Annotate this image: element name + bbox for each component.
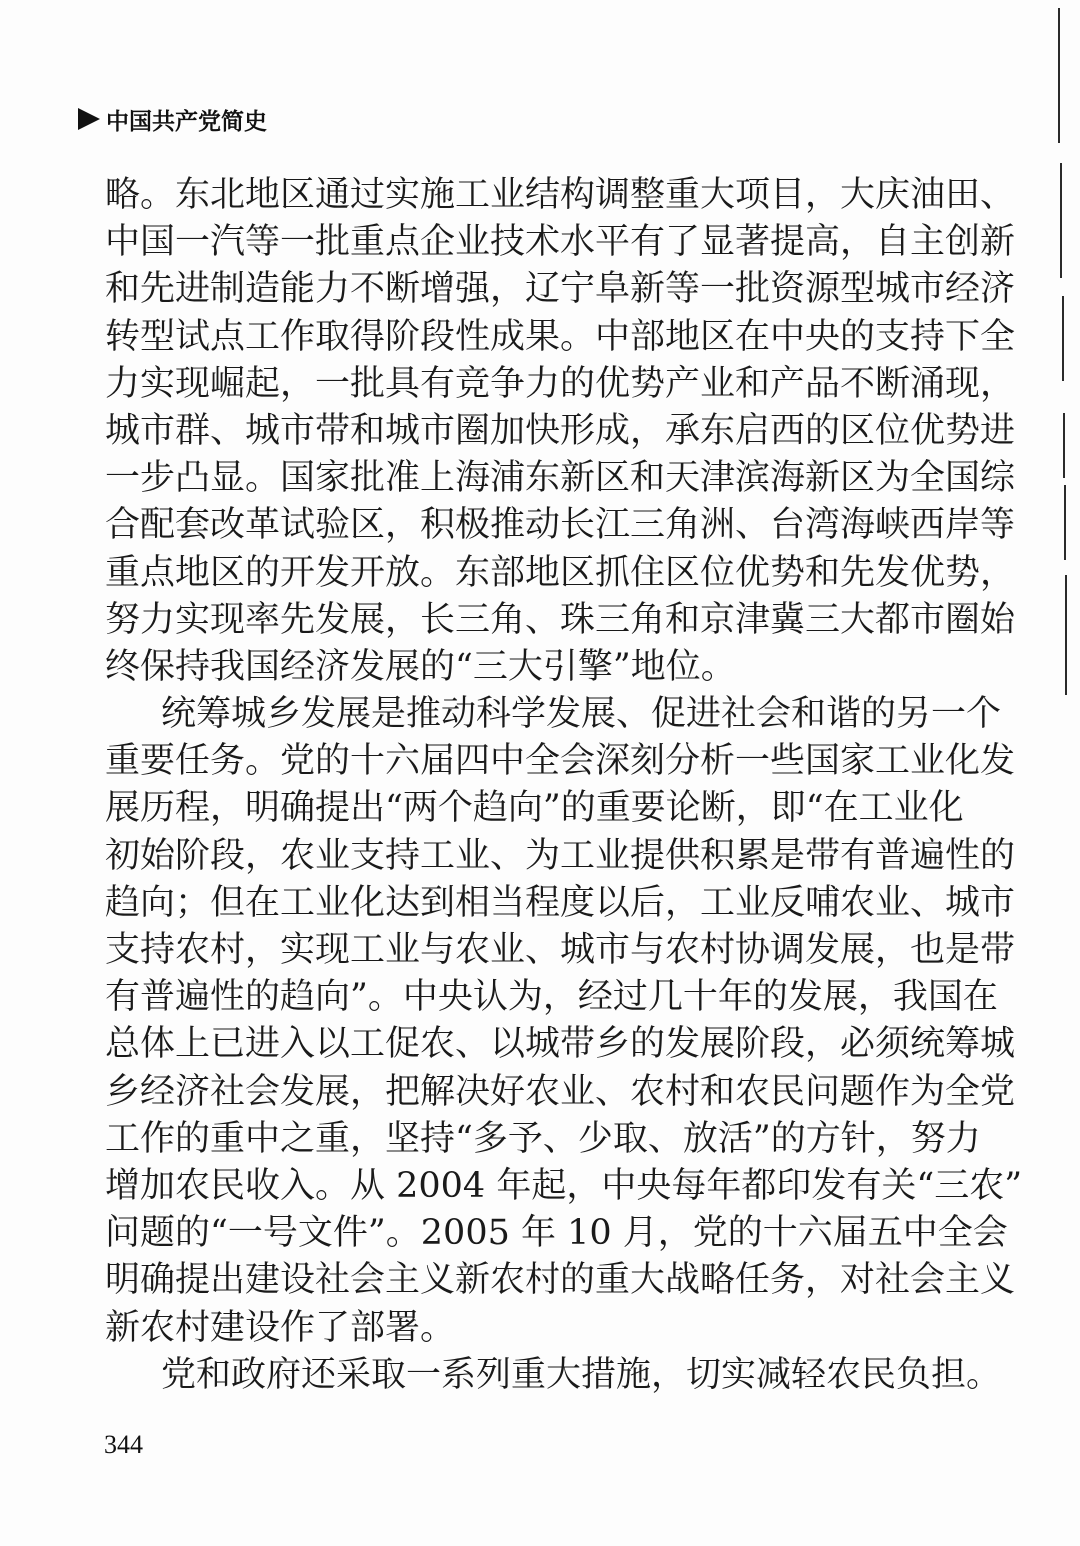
text-line: 明确提出建设社会主义新农村的重大战略任务，对社会主义 (105, 1257, 895, 1304)
page-edge-line (1060, 163, 1062, 278)
text-line: 城市群、城市带和城市圈加快形成，承东启西的区位优势进 (105, 408, 895, 455)
page-edge-line (1065, 575, 1067, 695)
page-edge-line (1062, 296, 1064, 381)
running-head: 中国共产党简史 (78, 102, 267, 136)
text-line: 一步凸显。国家批准上海浦东新区和天津滨海新区为全国综 (105, 455, 895, 502)
text-line: 新农村建设作了部署。 (105, 1305, 895, 1352)
text-line: 和先进制造能力不断增强，辽宁阜新等一批资源型城市经济 (105, 266, 895, 313)
text-line: 合配套改革试验区，积极推动长江三角洲、台湾海峡西岸等 (105, 502, 895, 549)
text-line: 支持农村，实现工业与农业、城市与农村协调发展，也是带 (105, 927, 895, 974)
text-line: 初始阶段，农业支持工业、为工业提供积累是带有普遍性的 (105, 833, 895, 880)
page-edge-line (1058, 8, 1060, 143)
text-line: 问题的“一号文件”。2005 年 10 月，党的十六届五中全会 (105, 1210, 895, 1257)
text-line: 统筹城乡发展是推动科学发展、促进社会和谐的另一个 (105, 691, 895, 738)
text-line: 努力实现率先发展，长三角、珠三角和京津冀三大都市圈始 (105, 597, 895, 644)
text-line: 重要任务。党的十六届四中全会深刻分析一些国家工业化发 (105, 738, 895, 785)
text-line: 终保持我国经济发展的“三大引擎”地位。 (105, 644, 895, 691)
text-line: 中国一汽等一批重点企业技术水平有了显著提高，自主创新 (105, 219, 895, 266)
text-line: 趋向；但在工业化达到相当程度以后，工业反哺农业、城市 (105, 880, 895, 927)
text-line: 转型试点工作取得阶段性成果。中部地区在中央的支持下全 (105, 314, 895, 361)
text-line: 乡经济社会发展，把解决好农业、农村和农民问题作为全党 (105, 1069, 895, 1116)
text-line: 增加农民收入。从 2004 年起，中央每年都印发有关“三农” (105, 1163, 895, 1210)
text-line: 党和政府还采取一系列重大措施，切实减轻农民负担。 (105, 1352, 895, 1399)
triangle-right-icon (78, 108, 100, 130)
text-line: 重点地区的开发开放。东部地区抓住区位优势和先发优势， (105, 550, 895, 597)
text-line: 略。东北地区通过实施工业结构调整重大项目，大庆油田、 (105, 172, 895, 219)
text-line: 力实现崛起，一批具有竞争力的优势产业和产品不断涌现， (105, 361, 895, 408)
text-line: 展历程，明确提出“两个趋向”的重要论断，即“在工业化 (105, 785, 895, 832)
page-edge-line (1063, 413, 1065, 478)
book-title: 中国共产党简史 (106, 103, 267, 136)
page-edge-line (1064, 485, 1066, 560)
page-number: 344 (104, 1430, 143, 1460)
text-line: 工作的重中之重，坚持“多予、少取、放活”的方针，努力 (105, 1116, 895, 1163)
text-line: 有普遍性的趋向”。中央认为，经过几十年的发展，我国在 (105, 974, 895, 1021)
text-line: 总体上已进入以工促农、以城带乡的发展阶段，必须统筹城 (105, 1021, 895, 1068)
body-text: 略。东北地区通过实施工业结构调整重大项目，大庆油田、中国一汽等一批重点企业技术水… (105, 172, 895, 1399)
